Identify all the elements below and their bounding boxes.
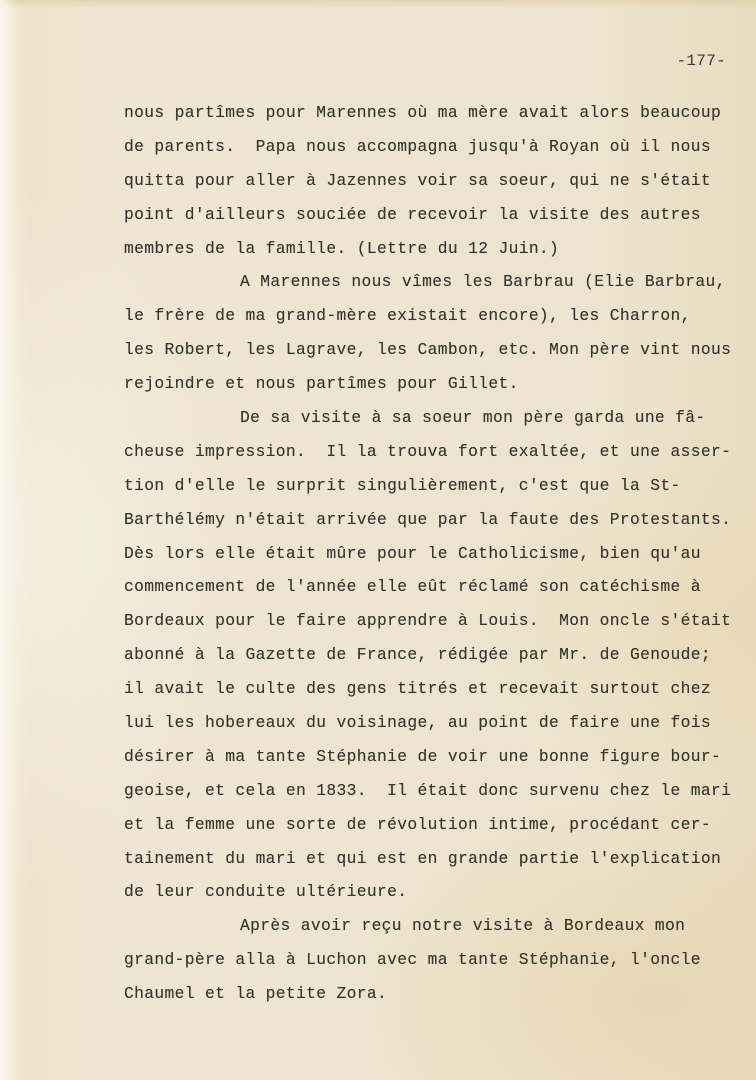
text-line: de parents. Papa nous accompagna jusqu'à… bbox=[124, 137, 734, 171]
text-line: tainement du mari et qui est en grande p… bbox=[124, 849, 734, 883]
text-line: cheuse impression. Il la trouva fort exa… bbox=[124, 442, 734, 476]
text-line: rejoindre et nous partîmes pour Gillet. bbox=[124, 374, 734, 408]
text-line: membres de la famille. (Lettre du 12 Jui… bbox=[124, 239, 734, 273]
text-line: geoise, et cela en 1833. Il était donc s… bbox=[124, 781, 734, 815]
text-line: point d'ailleurs souciée de recevoir la … bbox=[124, 205, 734, 239]
text-line: abonné à la Gazette de France, rédigée p… bbox=[124, 645, 734, 679]
text-line: il avait le culte des gens titrés et rec… bbox=[124, 679, 734, 713]
text-line: désirer à ma tante Stéphanie de voir une… bbox=[124, 747, 734, 781]
paragraph-start-line: Après avoir reçu notre visite à Bordeaux… bbox=[124, 916, 734, 950]
paragraph-start-line: De sa visite à sa soeur mon père garda u… bbox=[124, 408, 734, 442]
text-line: quitta pour aller à Jazennes voir sa soe… bbox=[124, 171, 734, 205]
text-line: Dès lors elle était mûre pour le Catholi… bbox=[124, 544, 734, 578]
text-line: nous partîmes pour Marennes où ma mère a… bbox=[124, 103, 734, 137]
text-line: Bordeaux pour le faire apprendre à Louis… bbox=[124, 611, 734, 645]
text-line: le frère de ma grand-mère existait encor… bbox=[124, 306, 734, 340]
text-line: Chaumel et la petite Zora. bbox=[124, 984, 734, 1018]
body-text: nous partîmes pour Marennes où ma mère a… bbox=[124, 103, 734, 1018]
page-number: -177- bbox=[676, 52, 726, 70]
text-line: tion d'elle le surprit singulièrement, c… bbox=[124, 476, 734, 510]
text-line: commencement de l'année elle eût réclamé… bbox=[124, 577, 734, 611]
text-line: Barthélémy n'était arrivée que par la fa… bbox=[124, 510, 734, 544]
text-line: les Robert, les Lagrave, les Cambon, etc… bbox=[124, 340, 734, 374]
paragraph-start-line: A Marennes nous vîmes les Barbrau (Elie … bbox=[124, 272, 734, 306]
document-page: -177- nous partîmes pour Marennes où ma … bbox=[0, 0, 756, 1080]
text-line: et la femme une sorte de révolution inti… bbox=[124, 815, 734, 849]
text-line: grand-père alla à Luchon avec ma tante S… bbox=[124, 950, 734, 984]
text-line: de leur conduite ultérieure. bbox=[124, 882, 734, 916]
text-line: lui les hobereaux du voisinage, au point… bbox=[124, 713, 734, 747]
